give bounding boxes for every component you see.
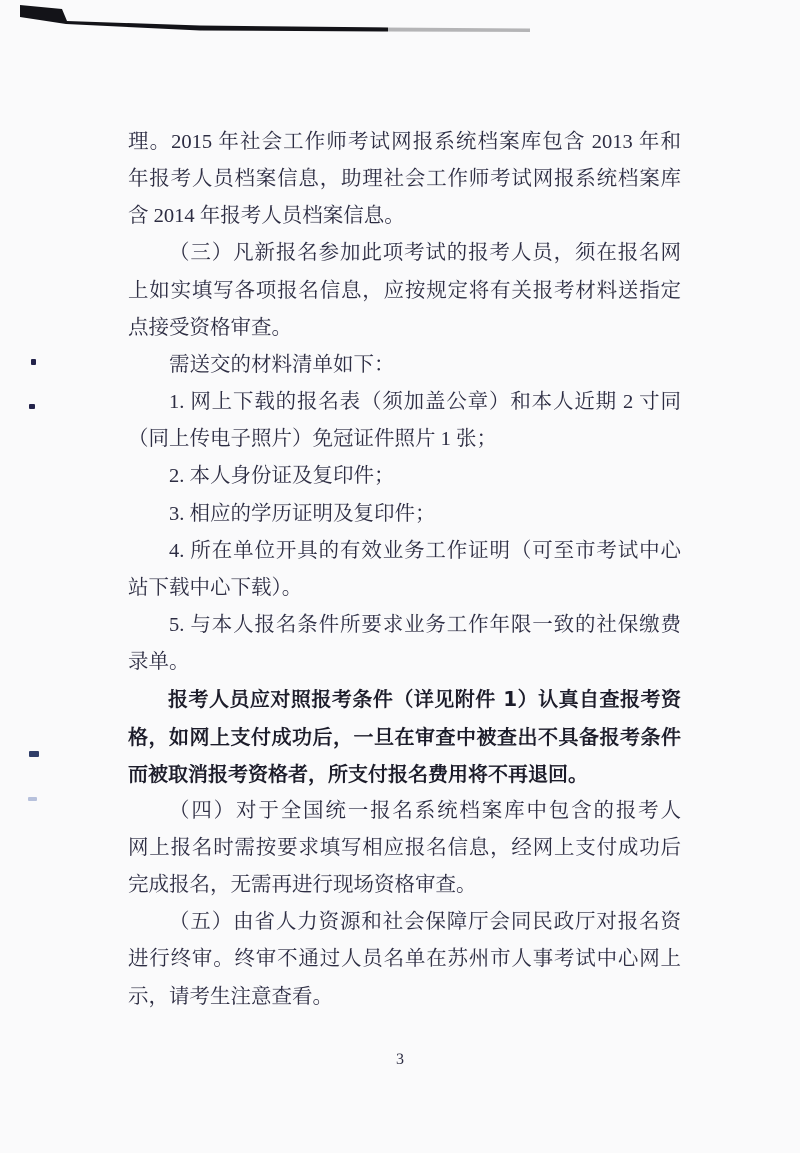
text-line: （四）对于全国统一报名系统档案库中包含的报考人员， bbox=[128, 793, 681, 830]
text-line: （同上传电子照片）免冠证件照片 1 张； bbox=[128, 421, 681, 458]
text-line: 点接受资格审查。 bbox=[128, 310, 681, 347]
text-line: （三）凡新报名参加此项考试的报考人员，须在报名网站 bbox=[128, 235, 681, 272]
ink-speck bbox=[31, 359, 36, 365]
text-line: 含 2014 年报考人员档案信息。 bbox=[128, 198, 681, 235]
text-line: 录单。 bbox=[128, 644, 681, 681]
scan-smudge bbox=[0, 0, 560, 42]
scan-smudge-tail bbox=[384, 28, 530, 33]
document-body: 理。2015 年社会工作师考试网报系统档案库包含 2013 年和 2014年报考… bbox=[128, 124, 681, 1016]
bold-text-line: 而被取消报考资格者，所支付报名费用将不再退回。 bbox=[128, 756, 681, 793]
text-line: （五）由省人力资源和社会保障厅会同民政厅对报名资格 bbox=[128, 904, 681, 941]
text-line: 3. 相应的学历证明及复印件； bbox=[128, 496, 681, 533]
document-page: 理。2015 年社会工作师考试网报系统档案库包含 2013 年和 2014年报考… bbox=[0, 0, 800, 1153]
text-line: 站下载中心下载）。 bbox=[128, 570, 681, 607]
text-line: 网上报名时需按要求填写相应报名信息，经网上支付成功后即 bbox=[128, 830, 681, 867]
ink-speck bbox=[29, 404, 35, 409]
bold-text-line: 报考人员应对照报考条件（详见附件 1）认真自查报考资 bbox=[128, 681, 681, 718]
ink-speck bbox=[29, 751, 39, 757]
scan-smudge-main bbox=[20, 5, 388, 32]
bold-text-line: 格，如网上支付成功后，一旦在审查中被查出不具备报考条件 bbox=[128, 719, 681, 756]
text-line: 上如实填写各项报名信息，应按规定将有关报考材料送指定地 bbox=[128, 273, 681, 310]
page-number: 3 bbox=[0, 1051, 800, 1069]
text-line: 示，请考生注意查看。 bbox=[128, 979, 681, 1016]
ink-speck bbox=[28, 797, 37, 801]
text-line: 完成报名，无需再进行现场资格审查。 bbox=[128, 867, 681, 904]
text-line: 年报考人员档案信息，助理社会工作师考试网报系统档案库包 bbox=[128, 161, 681, 198]
text-line: 进行终审。终审不通过人员名单在苏州市人事考试中心网上公 bbox=[128, 941, 681, 978]
text-line: 需送交的材料清单如下： bbox=[128, 347, 681, 384]
text-line: 理。2015 年社会工作师考试网报系统档案库包含 2013 年和 2014 bbox=[128, 124, 681, 161]
text-line: 4. 所在单位开具的有效业务工作证明（可至市考试中心网 bbox=[128, 533, 681, 570]
text-line: 1. 网上下载的报名表（须加盖公章）和本人近期 2 寸同底 bbox=[128, 384, 681, 421]
text-line: 5. 与本人报名条件所要求业务工作年限一致的社保缴费记 bbox=[128, 607, 681, 644]
text-line: 2. 本人身份证及复印件； bbox=[128, 458, 681, 495]
